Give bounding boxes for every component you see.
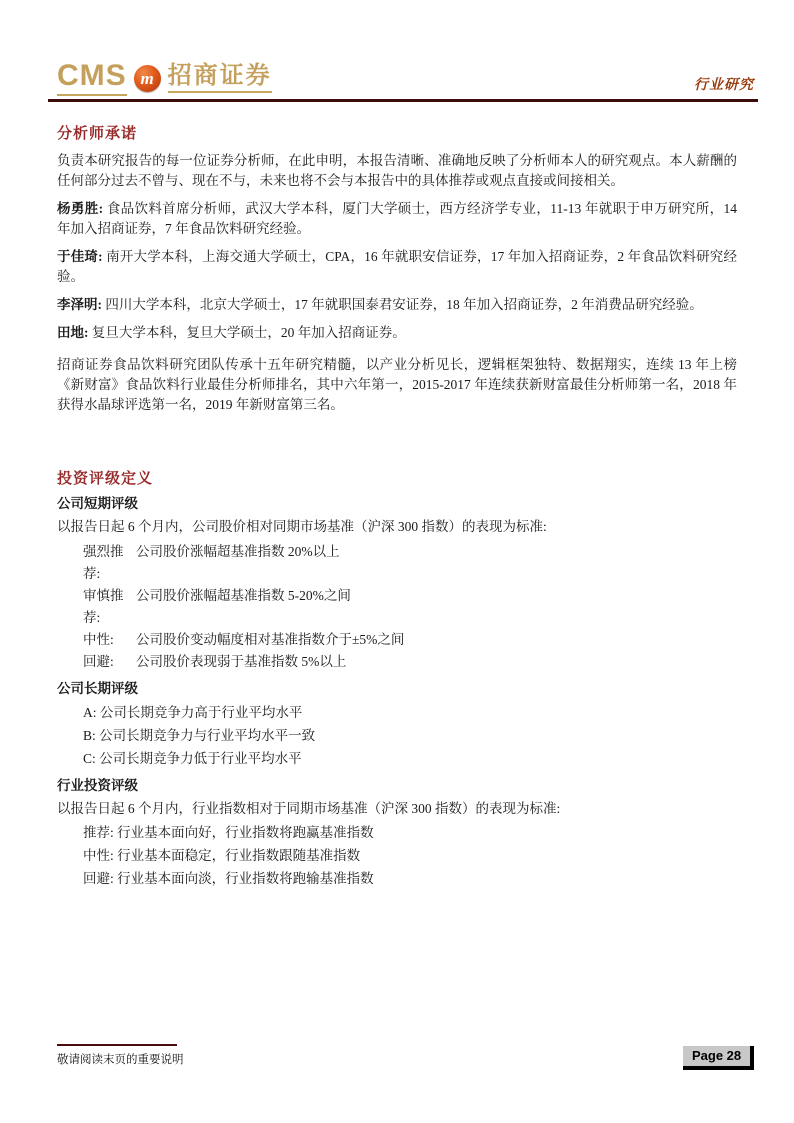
report-page: CMS m 招商证券 行业研究 分析师承诺 负责本研究报告的每一位证券分析师，在…: [0, 0, 794, 1123]
rating-item: 回避:公司股价表现弱于基准指数 5%以上: [83, 651, 737, 673]
industry-rating-intro: 以报告日起 6 个月内，行业指数相对于同期市场基准（沪深 300 指数）的表现为…: [57, 799, 737, 819]
rating-item-label: 回避:: [83, 651, 136, 673]
short-term-rating-intro: 以报告日起 6 个月内，公司股价相对同期市场基准（沪深 300 指数）的表现为标…: [57, 517, 737, 537]
logo-m-glyph: m: [141, 69, 154, 89]
long-term-rating-item: B: 公司长期竞争力与行业平均水平一致: [83, 724, 737, 747]
analyst-row: 田地: 复旦大学本科，复旦大学硕士，20 年加入招商证券。: [57, 323, 737, 343]
analyst-row: 杨勇胜: 食品饮料首席分析师，武汉大学本科，厦门大学硕士，西方经济学专业，11-…: [57, 199, 737, 239]
analyst-name: 田地:: [57, 325, 89, 340]
long-term-rating-heading: 公司长期评级: [57, 679, 737, 699]
logo-cms-text: CMS: [57, 61, 127, 96]
rating-item-label: 强烈推荐:: [83, 541, 136, 585]
report-type-label: 行业研究: [694, 74, 754, 96]
analyst-row: 李泽明: 四川大学本科，北京大学硕士，17 年就职国泰君安证券，18 年加入招商…: [57, 295, 737, 315]
section-title-rating-definitions: 投资评级定义: [57, 467, 737, 488]
rating-item-label: 中性:: [83, 629, 136, 651]
long-term-rating-items: A: 公司长期竞争力高于行业平均水平 B: 公司长期竞争力与行业平均水平一致 C…: [83, 701, 737, 770]
short-term-rating-heading: 公司短期评级: [57, 494, 737, 514]
analyst-commitment-paragraph: 负责本研究报告的每一位证券分析师，在此申明，本报告清晰、准确地反映了分析师本人的…: [57, 151, 737, 191]
analyst-name: 杨勇胜:: [57, 201, 103, 216]
section-title-analyst-commitment: 分析师承诺: [57, 122, 737, 143]
footer-note: 敬请阅读末页的重要说明: [57, 1051, 184, 1067]
analyst-bio: 食品饮料首席分析师，武汉大学本科，厦门大学硕士，西方经济学专业，11-13 年就…: [57, 201, 737, 236]
rating-item: 中性:公司股价变动幅度相对基准指数介于±5%之间: [83, 629, 737, 651]
industry-rating-item: 回避: 行业基本面向淡，行业指数将跑输基准指数: [83, 867, 737, 890]
rating-item-label: 审慎推荐:: [83, 585, 136, 629]
long-term-rating-item: C: 公司长期竞争力低于行业平均水平: [83, 747, 737, 770]
team-intro-paragraph: 招商证券食品饮料研究团队传承十五年研究精髓，以产业分析见长，逻辑框架独特、数据翔…: [57, 355, 737, 415]
analyst-row: 于佳琦: 南开大学本科，上海交通大学硕士，CPA，16 年就职安信证券，17 年…: [57, 247, 737, 287]
footer-rule: [57, 1044, 177, 1046]
page-number-badge: Page 28: [683, 1046, 754, 1070]
page-header: CMS m 招商证券 行业研究: [57, 54, 754, 96]
industry-rating-items: 推荐: 行业基本面向好，行业指数将跑赢基准指数 中性: 行业基本面稳定，行业指数…: [83, 821, 737, 890]
industry-rating-heading: 行业投资评级: [57, 776, 737, 796]
short-term-rating-items: 强烈推荐:公司股价涨幅超基准指数 20%以上 审慎推荐:公司股价涨幅超基准指数 …: [83, 541, 737, 673]
cms-logo: CMS m 招商证券: [57, 61, 272, 96]
rating-item: 审慎推荐:公司股价涨幅超基准指数 5-20%之间: [83, 585, 737, 629]
rating-item-desc: 公司股价变动幅度相对基准指数介于±5%之间: [136, 629, 737, 651]
industry-rating-item: 推荐: 行业基本面向好，行业指数将跑赢基准指数: [83, 821, 737, 844]
analyst-name: 于佳琦:: [57, 249, 103, 264]
long-term-rating-item: A: 公司长期竞争力高于行业平均水平: [83, 701, 737, 724]
page-number-label: Page 28: [692, 1048, 741, 1063]
analyst-name: 李泽明:: [57, 297, 102, 312]
analyst-bio: 南开大学本科，上海交通大学硕士，CPA，16 年就职安信证券，17 年加入招商证…: [57, 249, 737, 284]
rating-item-desc: 公司股价表现弱于基准指数 5%以上: [136, 651, 737, 673]
analyst-bio: 四川大学本科，北京大学硕士，17 年就职国泰君安证券，18 年加入招商证券，2 …: [105, 297, 702, 312]
logo-m-icon: m: [134, 65, 161, 92]
page-content: 分析师承诺 负责本研究报告的每一位证券分析师，在此申明，本报告清晰、准确地反映了…: [57, 122, 737, 890]
analyst-bio: 复旦大学本科，复旦大学硕士，20 年加入招商证券。: [92, 325, 406, 340]
rating-item-desc: 公司股价涨幅超基准指数 20%以上: [136, 541, 737, 585]
footer: 敬请阅读末页的重要说明: [57, 1044, 184, 1067]
header-rule: [48, 99, 758, 102]
industry-rating-item: 中性: 行业基本面稳定，行业指数跟随基准指数: [83, 844, 737, 867]
rating-item-desc: 公司股价涨幅超基准指数 5-20%之间: [136, 585, 737, 629]
rating-item: 强烈推荐:公司股价涨幅超基准指数 20%以上: [83, 541, 737, 585]
logo-company-text: 招商证券: [168, 64, 272, 93]
